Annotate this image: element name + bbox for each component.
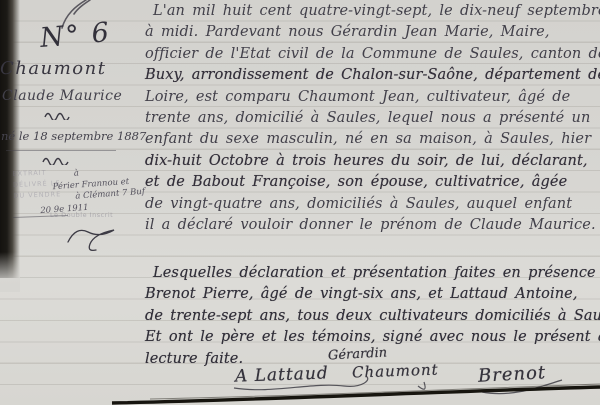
margin-note-1911: à Périer Frannou et à Clémant 7 Buf 20 9… <box>52 164 147 216</box>
act-text-line: il a déclaré vouloir donner le prénom de… <box>145 215 600 236</box>
act-text-line: enfant du sexe masculin, né en sa maison… <box>145 129 600 150</box>
act-text-line: Lesquelles déclaration et présentation f… <box>145 263 600 284</box>
page-bottom-edge <box>0 383 600 405</box>
closure-squiggle-icon <box>42 155 70 165</box>
margin-note-signature-flourish <box>62 220 132 254</box>
act-text-line: L'an mil huit cent quatre-vingt-sept, le… <box>145 1 600 22</box>
act-text-line: et de Babout Françoise, son épouse, cult… <box>145 172 600 193</box>
act-paragraph-1: L'an mil huit cent quatre-vingt-sept, le… <box>145 1 600 236</box>
act-text-line: de trente-sept ans, tous deux cultivateu… <box>145 306 600 327</box>
margin-rule-line <box>6 150 116 151</box>
act-text-line: de vingt-quatre ans, domiciliés à Saules… <box>145 194 600 215</box>
act-text-line: à midi. Pardevant nous Gérardin Jean Mar… <box>145 22 600 43</box>
margin-given-names: Claude Maurice <box>2 88 122 104</box>
margin-act-number: N° 6 <box>39 17 112 54</box>
act-text-line: Loire, est comparu Chaumont Jean, cultiv… <box>145 87 600 108</box>
act-text-line: dix-huit Octobre à trois heures du soir,… <box>145 151 600 172</box>
margin-surname: Chaumont <box>0 58 106 79</box>
binding-fade <box>0 252 20 292</box>
act-text-line: officier de l'Etat civil de la Commune d… <box>145 44 600 65</box>
civil-register-scan: N° 6 Chaumont Claude Maurice né le 18 se… <box>0 0 600 405</box>
signature-officer: Gérardin <box>328 345 388 363</box>
act-text-line: trente ans, domicilié à Saules, lequel n… <box>145 108 600 129</box>
act-text-line: Brenot Pierre, âgé de vingt-six ans, et … <box>145 284 600 305</box>
closure-squiggle-icon <box>44 110 70 120</box>
margin-birth-date: né le 18 septembre 1887 <box>1 129 146 143</box>
act-text-line: Buxy, arrondissement de Chalon-sur-Saône… <box>145 65 600 86</box>
